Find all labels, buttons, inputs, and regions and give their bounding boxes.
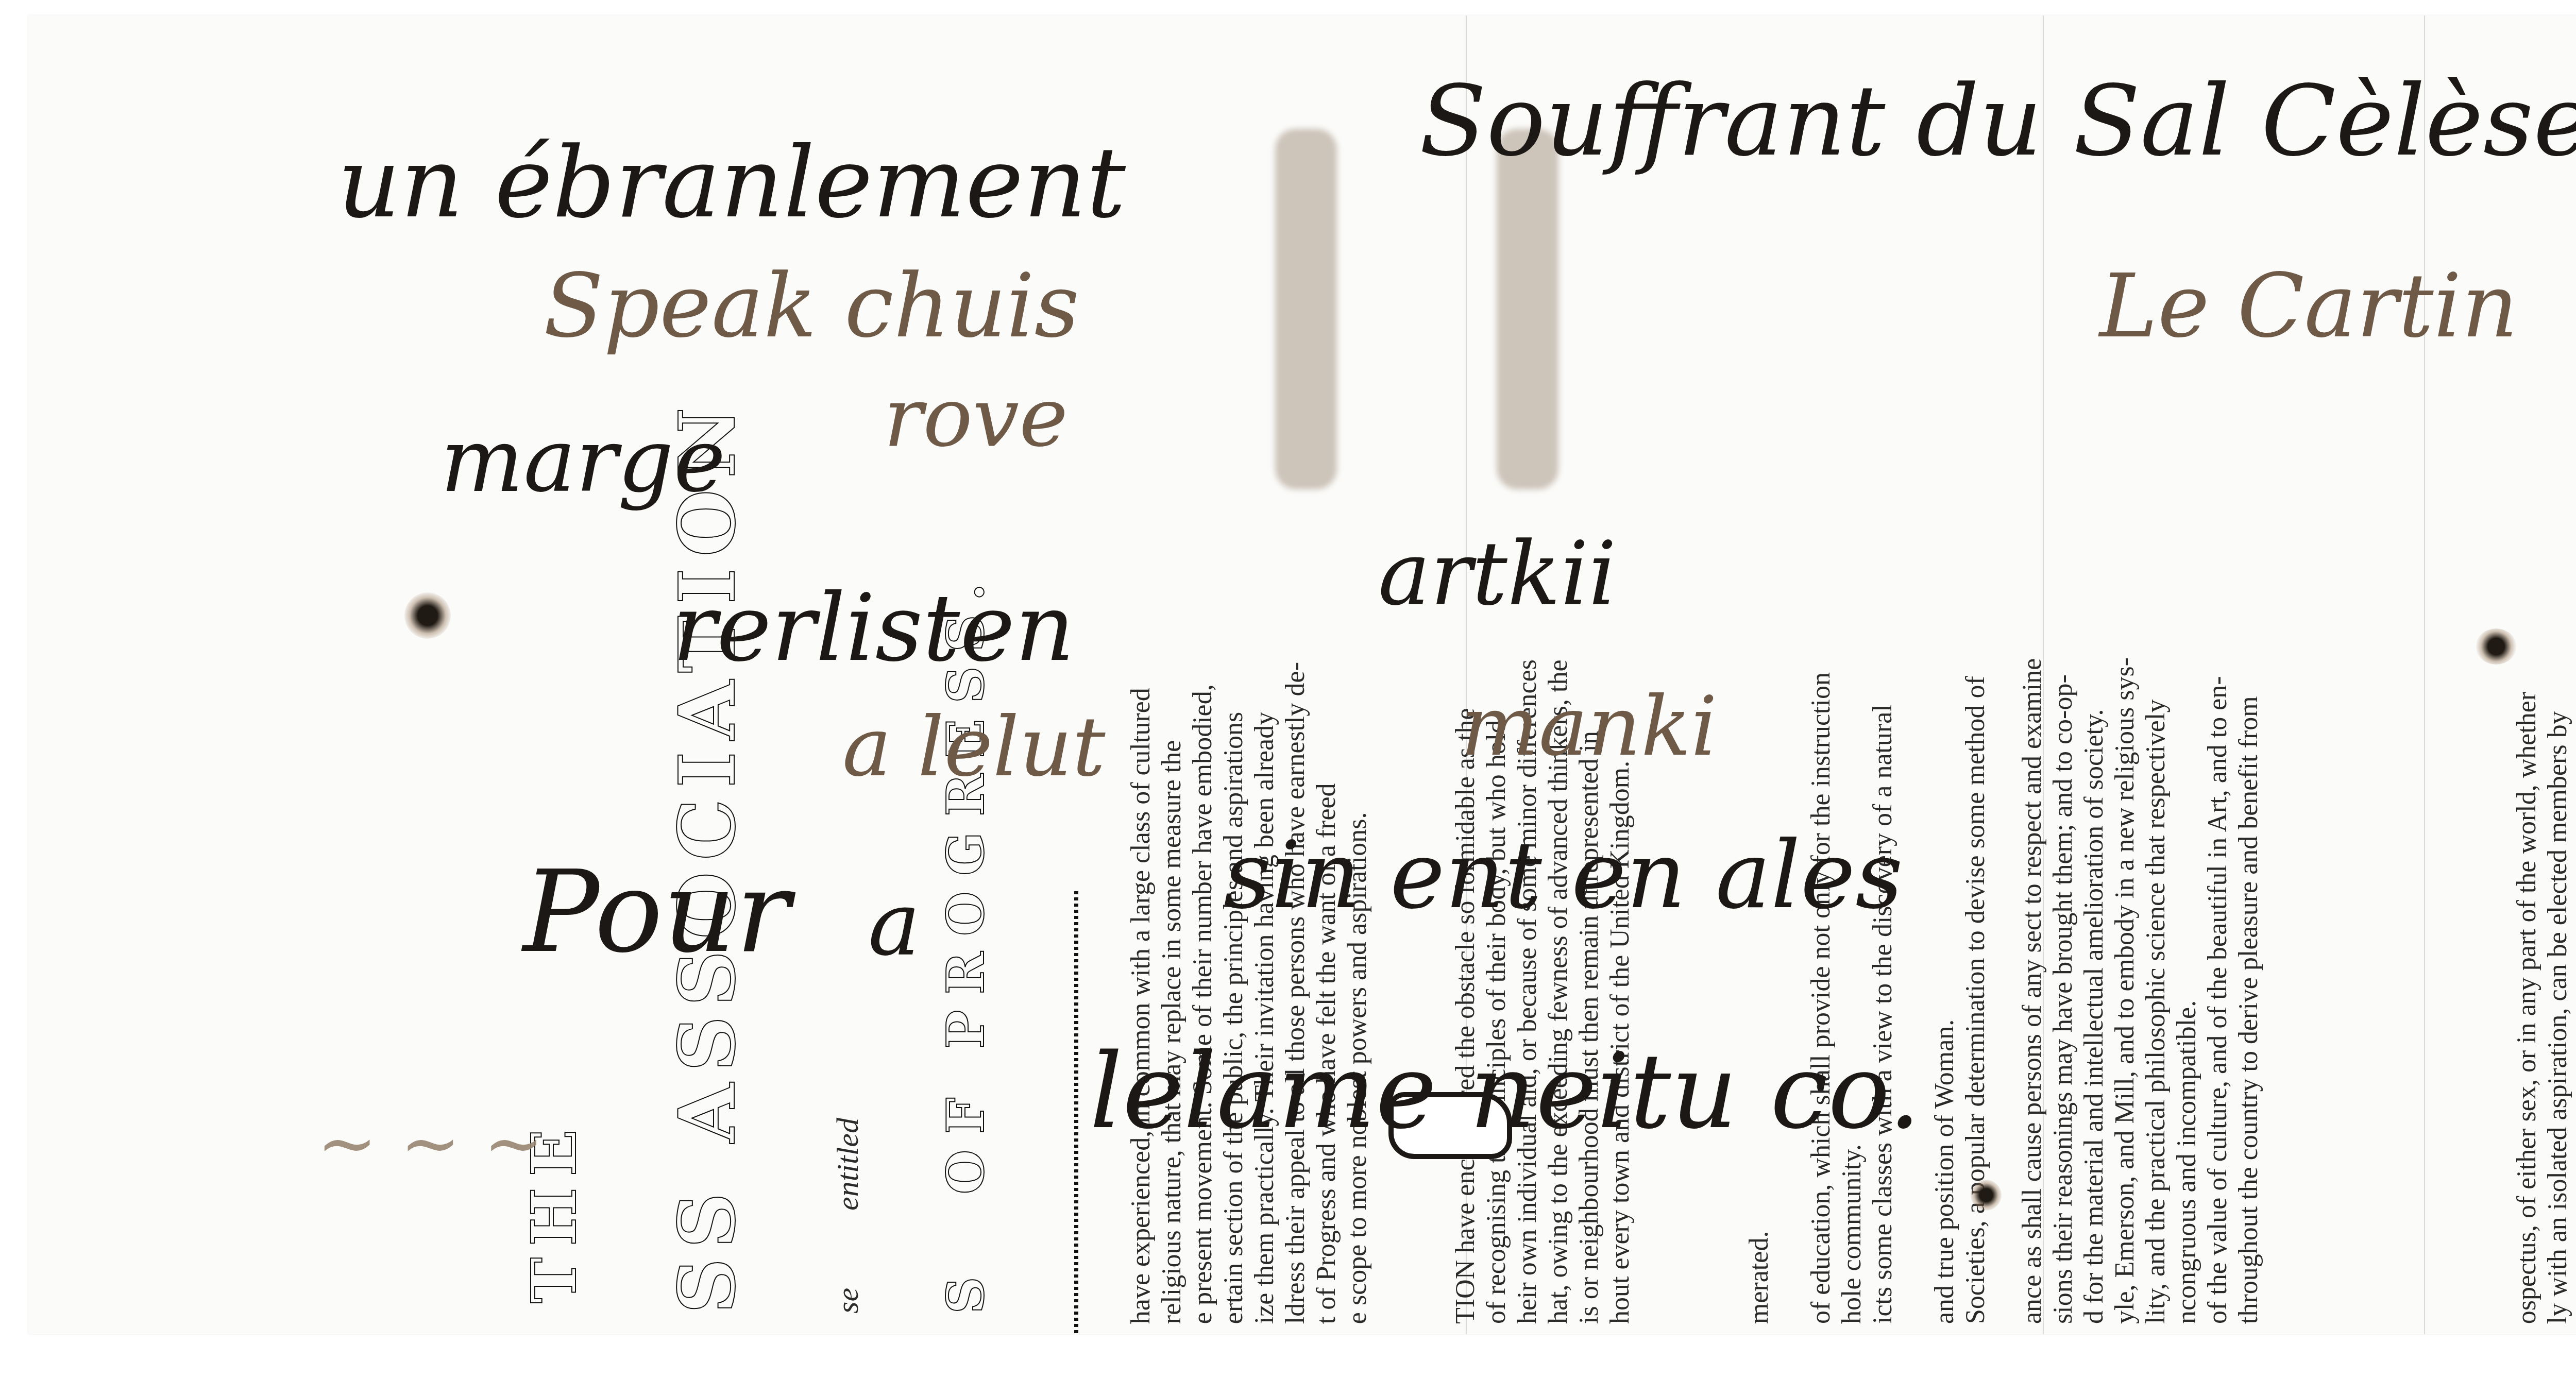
ink-blot	[2476, 628, 2517, 665]
ink-smear	[1497, 129, 1558, 489]
handwriting-line-8: lelame neitu co.	[1090, 1041, 1921, 1144]
handwriting-line-5b: manki	[1461, 685, 1717, 768]
handwriting-line-1: un ébranlement	[337, 134, 1126, 232]
handwriting-faded: ~ ~ ~	[317, 1108, 544, 1180]
handwriting-line-4b: artkii	[1378, 531, 1617, 618]
handwriting-line-7: sin ent en ales	[1224, 829, 1903, 922]
handwriting-line-4: rerlisten	[672, 582, 1075, 675]
text-column-4: ance as shall cause persons of any sect …	[2017, 657, 2264, 1324]
text-column-5: ospectus, of either sex, or in any part …	[2512, 662, 2576, 1324]
ink-blot	[1971, 1180, 2002, 1211]
document-sheet: THE SS ASSOCIATION se entitled S OF PROG…	[28, 15, 2576, 1334]
handwriting-line-3b: rove	[884, 376, 1068, 458]
handwriting-line-1b: Souffrant du Sal Cèlèsel ?	[1419, 72, 2576, 170]
handwriting-line-3: marge	[440, 417, 725, 505]
handwriting-line-5: a lelut	[842, 706, 1106, 788]
ink-blot	[404, 592, 451, 639]
wavy-rule	[1074, 891, 1078, 1334]
ink-smear	[1275, 129, 1337, 489]
text-column-3: merated. of education, which shall provi…	[1744, 672, 1991, 1324]
handwriting-line-2: Speak chuis	[544, 263, 1079, 350]
text-column-1: have experienced, in common with a large…	[1126, 662, 1373, 1324]
handwriting-line-2b: Le Cartin	[2099, 263, 2518, 350]
handwriting-line-6: Pour	[523, 855, 790, 968]
printed-subtitle: se entitled	[832, 1118, 863, 1314]
handwriting-line-6b: a	[868, 881, 920, 968]
